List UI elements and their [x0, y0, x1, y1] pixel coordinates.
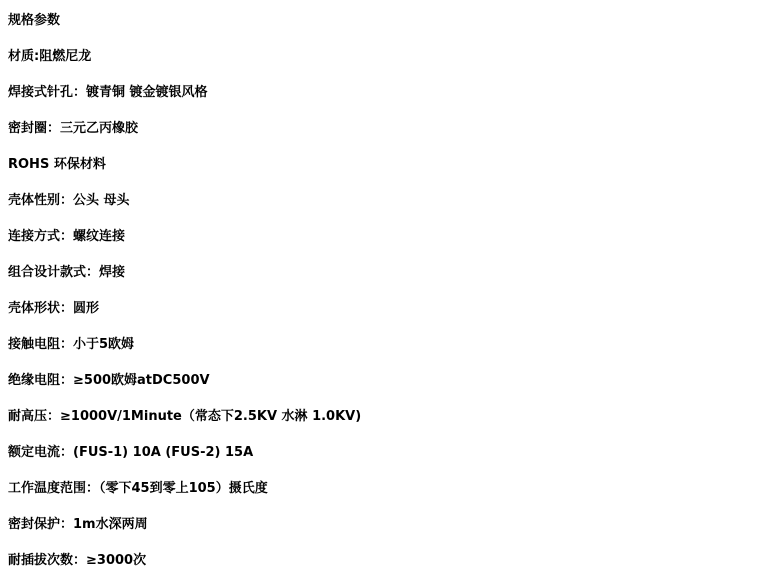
spec-seal-protection: 密封保护：1m水深两周 — [8, 517, 784, 553]
spec-shell-shape: 壳体形状：圆形 — [8, 301, 784, 337]
spec-material: 材质:阻燃尼龙 — [8, 49, 784, 85]
spec-title: 规格参数 — [8, 13, 784, 49]
spec-solder-pin: 焊接式针孔：镀青铜 镀金镀银风格 — [8, 85, 784, 121]
spec-contact-resistance: 接触电阻：小于5欧姆 — [8, 337, 784, 373]
spec-mating-cycles: 耐插拔次数：≥3000次 — [8, 553, 784, 588]
spec-insulation-resistance: 绝缘电阻：≥500欧姆atDC500V — [8, 373, 784, 409]
spec-design-style: 组合设计款式：焊接 — [8, 265, 784, 301]
spec-operating-temperature: 工作温度范围：（零下45到零上105）摄氏度 — [8, 481, 784, 517]
spec-connection-type: 连接方式：螺纹连接 — [8, 229, 784, 265]
spec-shell-gender: 壳体性别：公头 母头 — [8, 193, 784, 229]
spec-seal-ring: 密封圈：三元乙丙橡胶 — [8, 121, 784, 157]
spec-document: 规格参数 材质:阻燃尼龙 焊接式针孔：镀青铜 镀金镀银风格 密封圈：三元乙丙橡胶… — [0, 0, 784, 588]
spec-rated-current: 额定电流：(FUS-1) 10A (FUS-2) 15A — [8, 445, 784, 481]
spec-withstand-voltage: 耐高压：≥1000V/1Minute（常态下2.5KV 水淋 1.0KV) — [8, 409, 784, 445]
spec-rohs: ROHS 环保材料 — [8, 157, 784, 193]
